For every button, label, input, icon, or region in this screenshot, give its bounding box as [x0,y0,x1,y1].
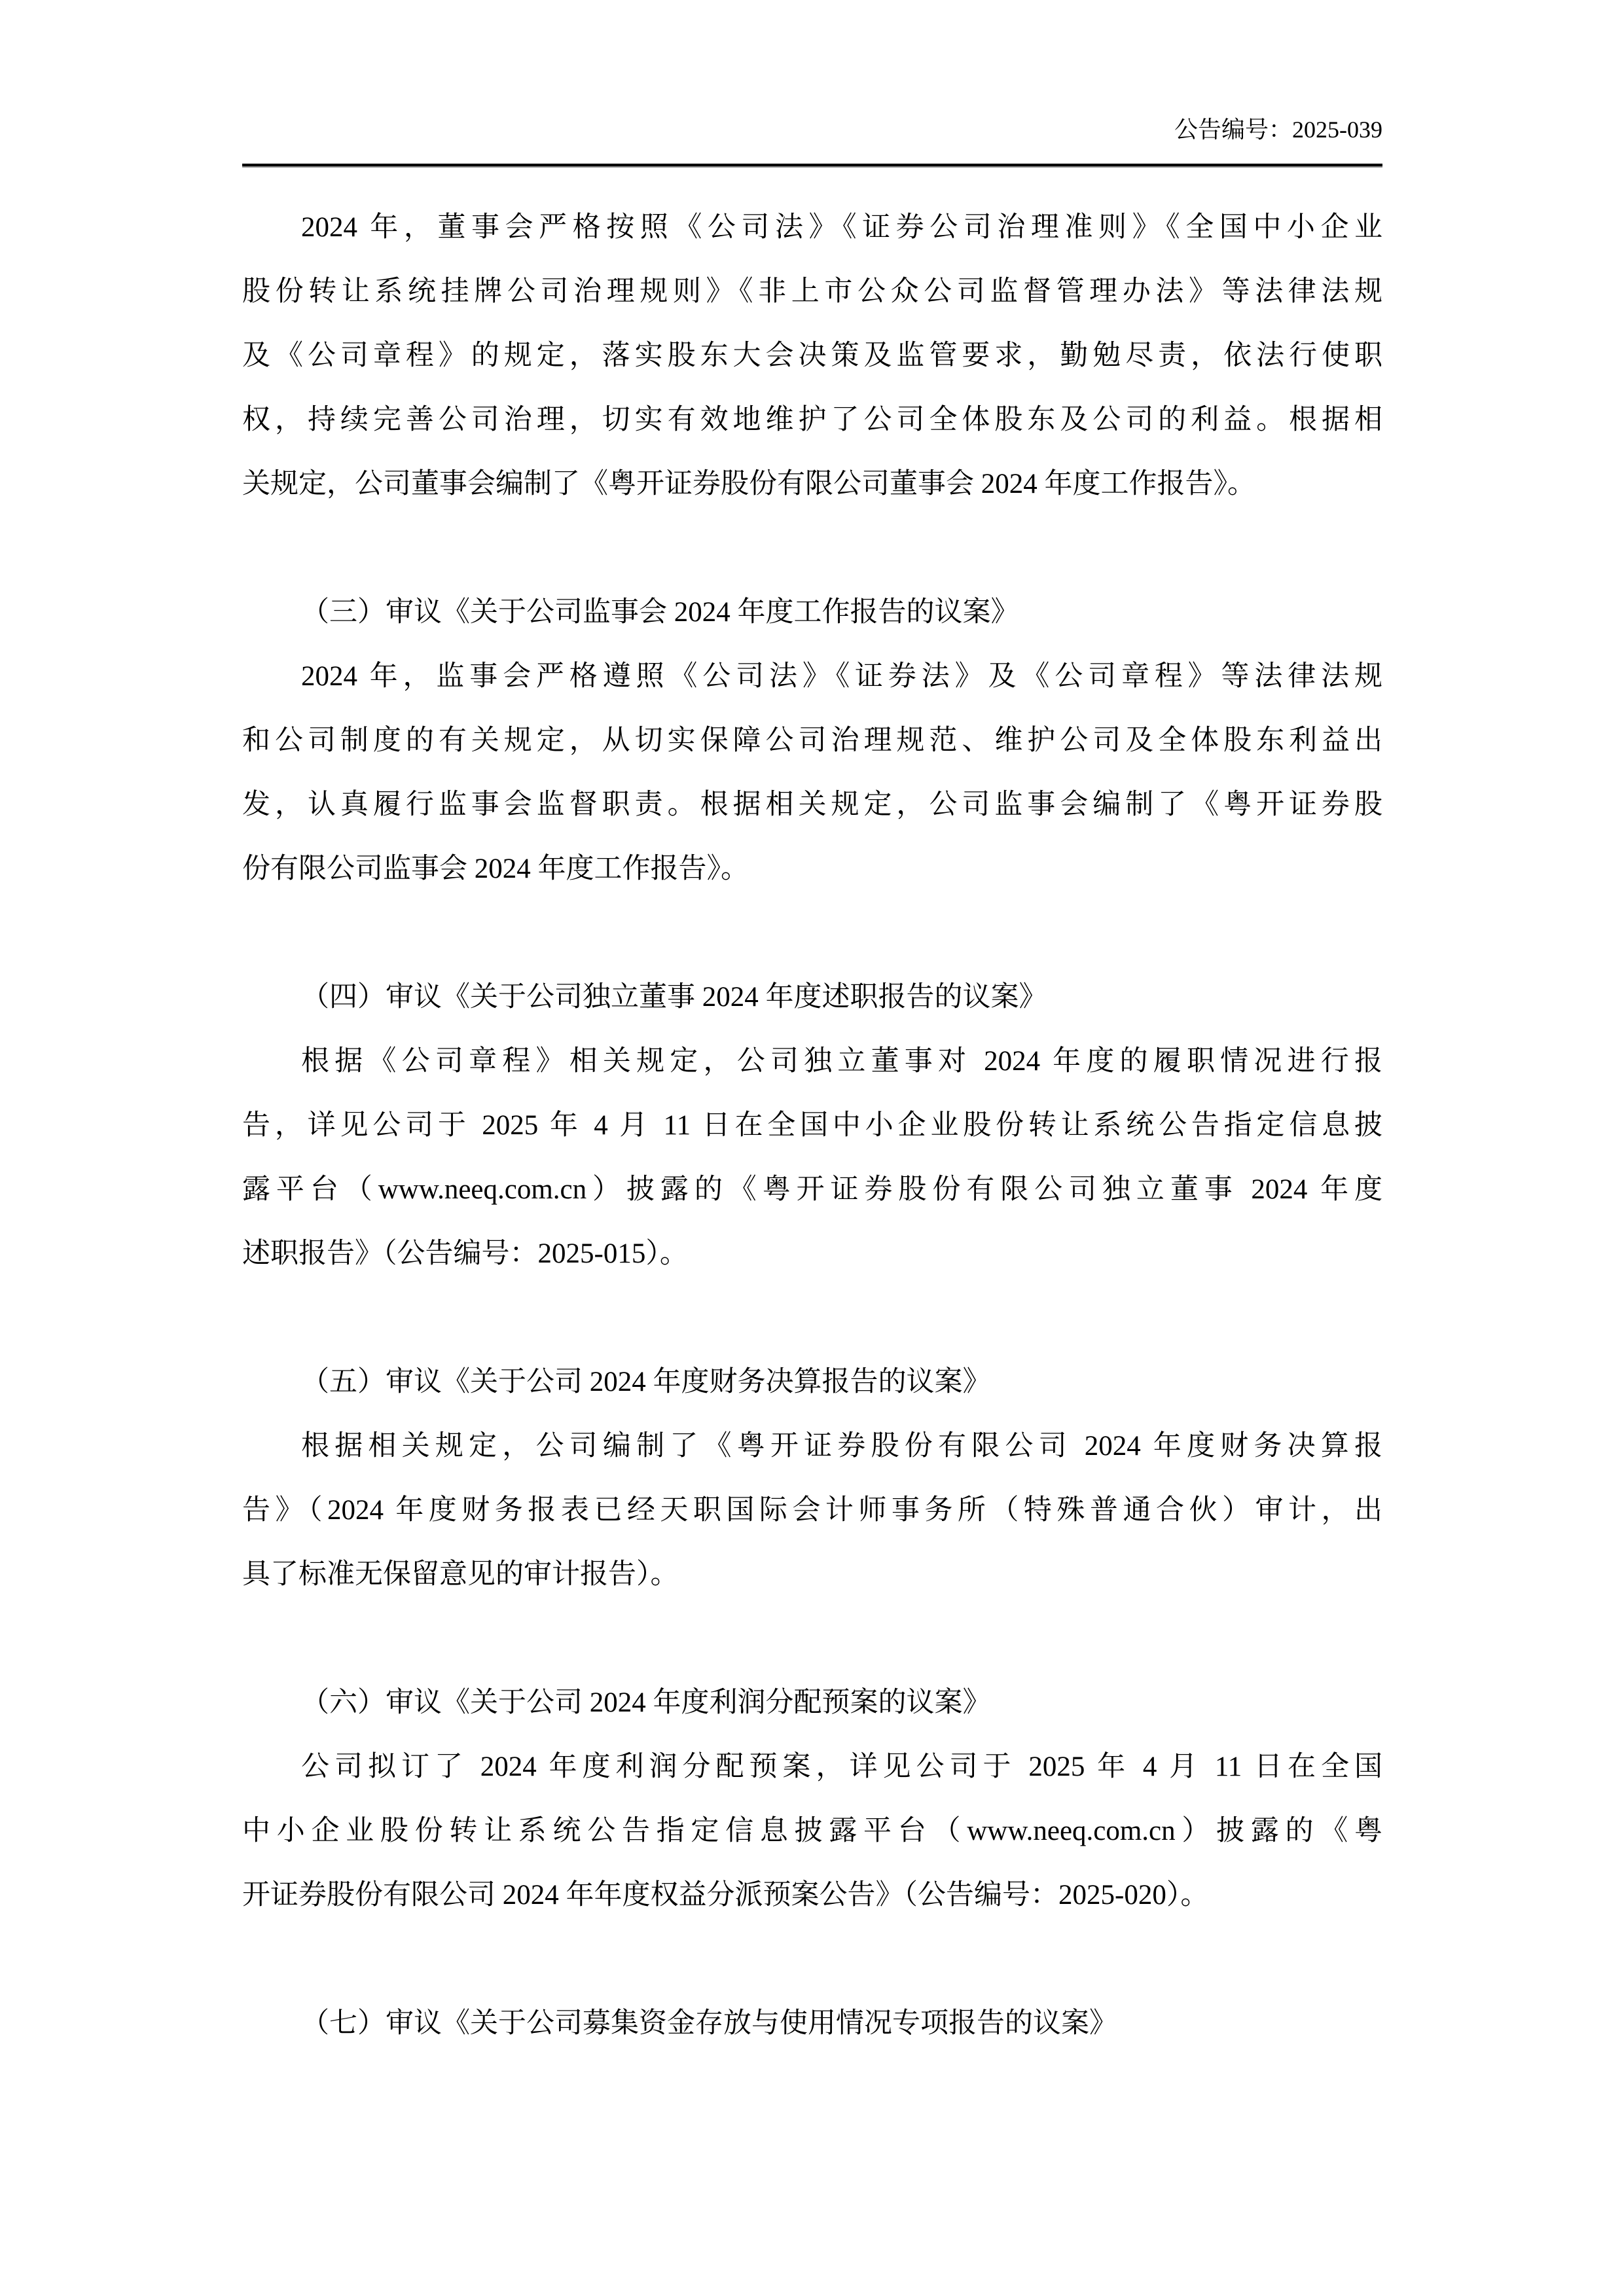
section-heading: （四）审议《关于公司独立董事 2024 年度述职报告的议案》 [242,965,1382,1030]
announcement-number: 公告编号：2025-039 [1174,117,1382,143]
page-header: 公告编号：2025-039 [242,115,1382,144]
paragraph-line: 中小企业股份转让系统公告指定信息披露平台（www.neeq.com.cn）披露的… [242,1799,1382,1863]
paragraph-line: 告，详见公司于 2025 年 4 月 11 日在全国中小企业股份转让系统公告指定… [242,1094,1382,1158]
section-heading: （五）审议《关于公司 2024 年度财务决算报告的议案》 [242,1350,1382,1414]
paragraph-last-line: 具了标准无保留意见的审计报告）。 [242,1543,1382,1607]
paragraph-first-line: 公司拟订了 2024 年度利润分配预案，详见公司于 2025 年 4 月 11 … [242,1735,1382,1799]
paragraph-line: 及《公司章程》的规定，落实股东大会决策及监管要求，勤勉尽责，依法行使职 [242,324,1382,388]
paragraph-line: 和公司制度的有关规定，从切实保障公司治理规范、维护公司及全体股东利益出 [242,709,1382,773]
header-divider [242,164,1382,168]
paragraph-line: 股份转让系统挂牌公司治理规则》《非上市公众公司监督管理办法》等法律法规 [242,260,1382,324]
paragraph-first-line: 2024 年，监事会严格遵照《公司法》《证券法》及《公司章程》等法律法规 [242,645,1382,709]
paragraph-line: 权，持续完善公司治理，切实有效地维护了公司全体股东及公司的利益。根据相 [242,388,1382,452]
section-heading: （六）审议《关于公司 2024 年度利润分配预案的议案》 [242,1671,1382,1735]
paragraph-last-line: 述职报告》（公告编号：2025-015）。 [242,1222,1382,1286]
paragraph-line: 发，认真履行监事会监督职责。根据相关规定，公司监事会编制了《粤开证券股 [242,773,1382,837]
paragraph-last-line: 开证券股份有限公司 2024 年年度权益分派预案公告》（公告编号：2025-02… [242,1863,1382,1928]
document-body: 2024 年，董事会严格按照《公司法》《证券公司治理准则》《全国中小企业 股份转… [242,196,1382,2056]
paragraph-line: 露平台（www.neeq.com.cn）披露的《粤开证券股份有限公司独立董事 2… [242,1158,1382,1222]
section-heading: （三）审议《关于公司监事会 2024 年度工作报告的议案》 [242,581,1382,645]
paragraph-first-line: 根据《公司章程》相关规定，公司独立董事对 2024 年度的履职情况进行报 [242,1030,1382,1094]
paragraph-last-line: 关规定，公司董事会编制了《粤开证券股份有限公司董事会 2024 年度工作报告》。 [242,452,1382,516]
paragraph-line: 告》（2024 年度财务报表已经天职国际会计师事务所（特殊普通合伙）审计，出 [242,1479,1382,1543]
paragraph-last-line: 份有限公司监事会 2024 年度工作报告》。 [242,837,1382,901]
document-page: 公告编号：2025-039 2024 年，董事会严格按照《公司法》《证券公司治理… [0,0,1624,2296]
section-heading: （七）审议《关于公司募集资金存放与使用情况专项报告的议案》 [242,1992,1382,2056]
paragraph-first-line: 根据相关规定，公司编制了《粤开证券股份有限公司 2024 年度财务决算报 [242,1414,1382,1479]
paragraph-first-line: 2024 年，董事会严格按照《公司法》《证券公司治理准则》《全国中小企业 [242,196,1382,260]
